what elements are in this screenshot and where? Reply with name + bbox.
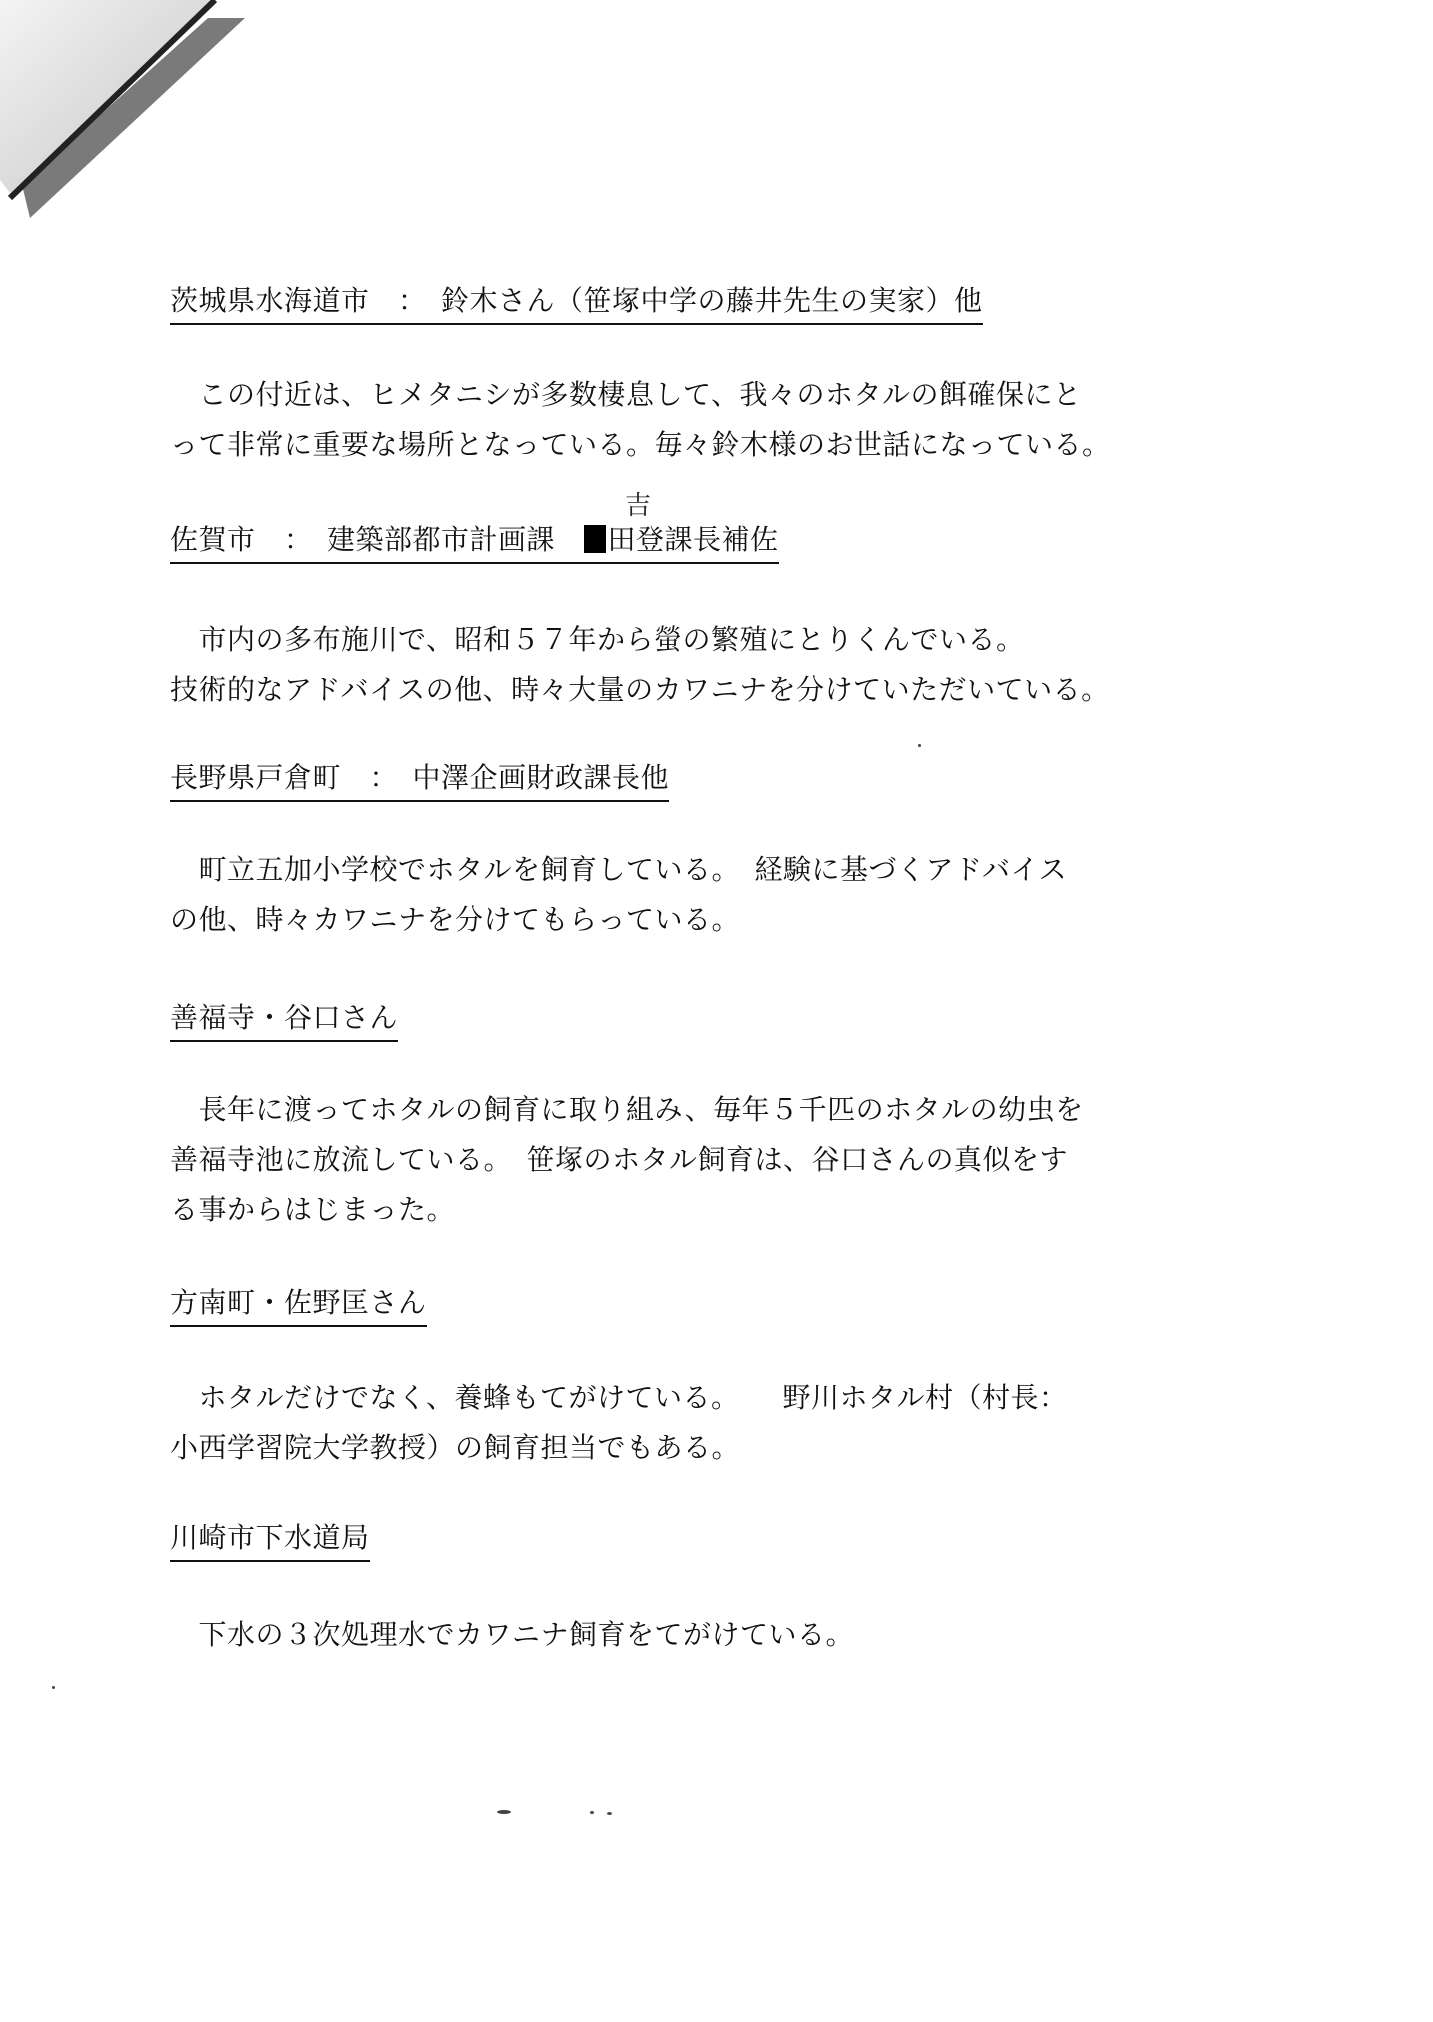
heading-suffix: 田登課長補佐: [608, 523, 779, 556]
scan-speck: [590, 1811, 594, 1814]
section-body-zenpukuji: 長年に渡ってホタルの飼育に取り組み、毎年５千匹のホタルの幼虫を 善福寺池に放流し…: [170, 1085, 1170, 1235]
section-heading-kawasaki: 川崎市下水道局: [170, 1520, 370, 1562]
scan-speck: [607, 1812, 612, 1815]
handwritten-annotation: 吉: [625, 493, 651, 519]
heading-prefix: 佐賀市 ： 建築部都市計画課: [170, 523, 584, 556]
section-body-kawasaki: 下水の３次処理水でカワニナ飼育をてがけている。: [170, 1610, 1170, 1660]
section-body-mitsukaido: この付近は、ヒメタニシが多数棲息して、我々のホタルの餌確保にと って非常に重要な…: [170, 370, 1170, 470]
section-heading-togura: 長野県戸倉町 ： 中澤企画財政課長他: [170, 760, 669, 802]
scan-speck: [497, 1810, 511, 1814]
scan-speck: [918, 744, 921, 747]
section-heading-zenpukuji: 善福寺・谷口さん: [170, 1000, 398, 1042]
scanned-page: 茨城県水海道市 ： 鈴木さん（笹塚中学の藤井先生の実家）他 この付近は、ヒメタニ…: [0, 0, 1433, 2022]
scan-speck: [52, 1686, 55, 1689]
redaction-block: [584, 525, 606, 553]
folded-corner: [0, 0, 260, 230]
section-heading-mitsukaido: 茨城県水海道市 ： 鈴木さん（笹塚中学の藤井先生の実家）他: [170, 283, 983, 325]
section-heading-saga: 佐賀市 ： 建築部都市計画課 田登課長補佐: [170, 522, 779, 564]
section-body-togura: 町立五加小学校でホタルを飼育している。 経験に基づくアドバイス の他、時々カワニ…: [170, 845, 1170, 945]
section-heading-honancho: 方南町・佐野匡さん: [170, 1285, 427, 1327]
section-body-saga: 市内の多布施川で、昭和５７年から螢の繁殖にとりくんでいる。 技術的なアドバイスの…: [170, 615, 1170, 715]
section-body-honancho: ホタルだけでなく、養蜂もてがけている。 野川ホタル村（村長： 小西学習院大学教授…: [170, 1373, 1170, 1473]
